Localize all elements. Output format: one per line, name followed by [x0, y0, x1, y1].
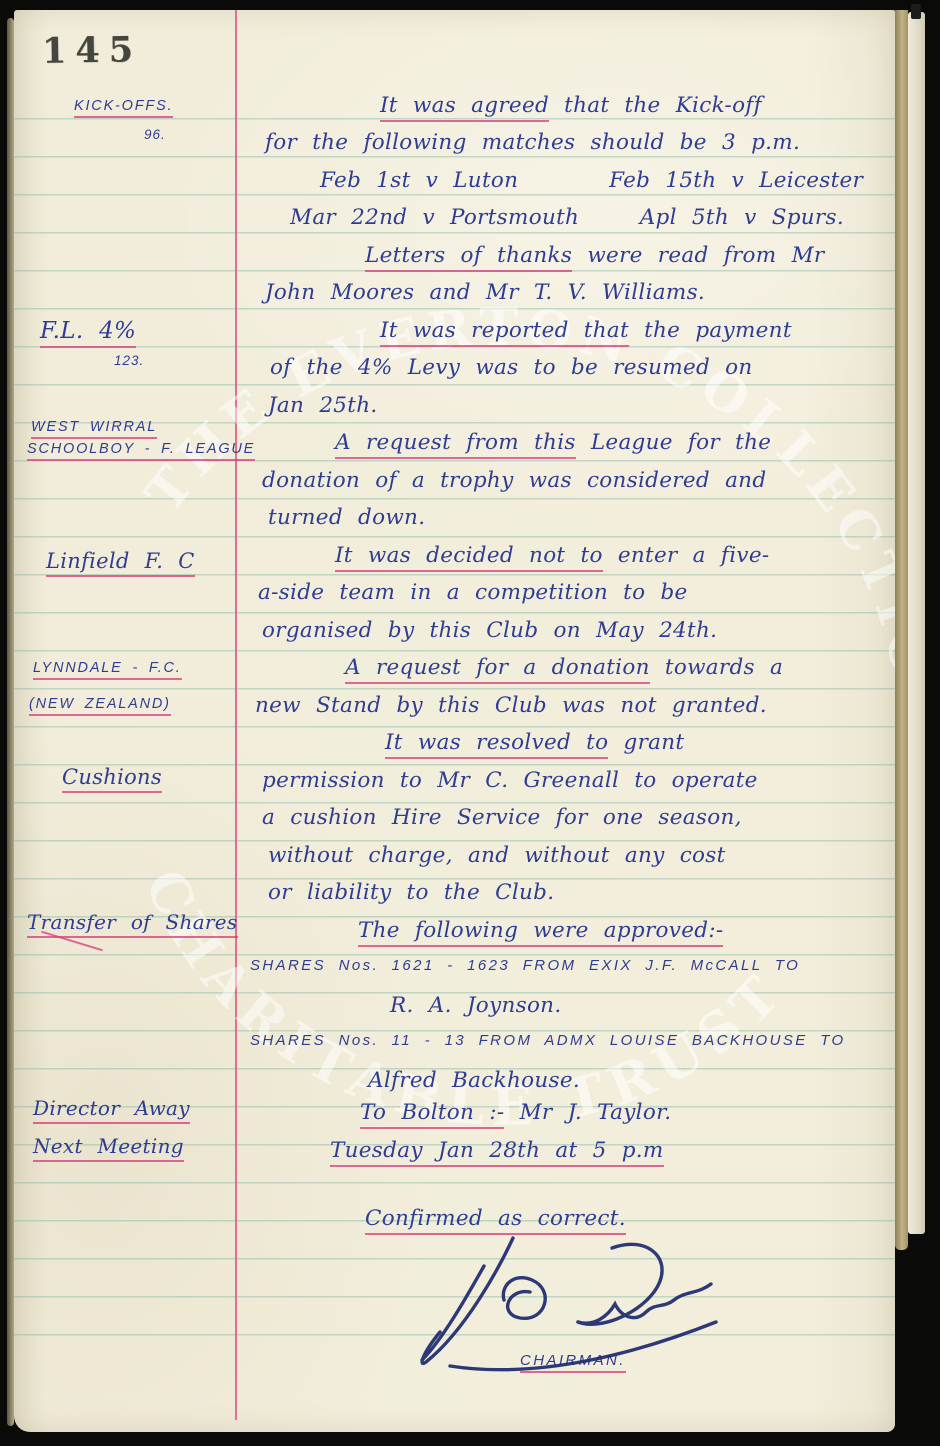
- margin-rule-line: [235, 10, 237, 1420]
- text-segment: for the following matches should be 3 p.…: [265, 130, 800, 155]
- minutes-line: new Stand by this Club was not granted.: [255, 693, 767, 718]
- text-segment: It was reported that: [380, 318, 629, 347]
- margin-note-label: (NEW ZEALAND): [29, 696, 171, 716]
- margin-note-lynndale-line1: LYNNDALE - F.C.: [33, 660, 182, 676]
- minutes-line: Jan 25th.: [268, 393, 378, 418]
- text-segment: new Stand by this Club was not granted.: [255, 693, 767, 718]
- minutes-line: Confirmed as correct.: [365, 1206, 626, 1231]
- next-page-edge: [908, 12, 925, 1234]
- text-segment: Letters of thanks: [365, 243, 572, 272]
- text-segment: donation of a trophy was considered and: [262, 468, 766, 493]
- minutes-line: Feb 1st v Luton Feb 15th v Leicester: [320, 168, 863, 193]
- margin-note-label: SCHOOLBOY - F. LEAGUE: [27, 441, 255, 461]
- minutes-line: permission to Mr C. Greenall to operate: [262, 768, 758, 793]
- text-segment: It was decided not to: [335, 543, 603, 572]
- minutes-line: organised by this Club on May 24th.: [262, 618, 717, 643]
- margin-note-cushions: Cushions: [62, 765, 162, 789]
- text-segment: that the Kick-off: [549, 93, 762, 118]
- margin-note-label: F.L. 4%: [40, 318, 136, 348]
- text-segment: The following were approved:-: [358, 918, 723, 947]
- text-segment: Jan 25th.: [268, 393, 378, 418]
- text-segment: Feb 1st v Luton Feb 15th v Leicester: [320, 168, 863, 193]
- margin-note-label: 96.: [144, 127, 166, 142]
- minute-book-page: THE EVERTON COLLECTION CHARITABLE TRUST …: [14, 10, 895, 1432]
- minutes-line: It was resolved to grant: [385, 730, 684, 755]
- text-segment: John Moores and Mr T. V. Williams.: [265, 280, 705, 305]
- text-segment: A request from this: [335, 430, 576, 459]
- margin-note-fl-levy: F.L. 4%: [40, 318, 136, 344]
- minutes-line: Alfred Backhouse.: [368, 1068, 580, 1093]
- minutes-line: John Moores and Mr T. V. Williams.: [265, 280, 705, 305]
- minutes-line: of the 4% Levy was to be resumed on: [270, 355, 753, 380]
- margin-note-label: Linfield F. C: [46, 549, 195, 577]
- minutes-line: It was reported that the payment: [380, 318, 792, 343]
- minutes-line: a-side team in a competition to be: [258, 580, 688, 605]
- margin-note-label: Transfer of Shares: [27, 910, 238, 938]
- left-page-edge: [7, 18, 14, 1426]
- text-segment: organised by this Club on May 24th.: [262, 618, 717, 643]
- text-segment: SHARES Nos. 1621 - 1623 FROM EXIX J.F. M…: [250, 957, 800, 974]
- text-segment: without charge, and without any cost: [268, 843, 726, 868]
- margin-note-director-away: Director Away: [33, 1096, 190, 1120]
- margin-note-kick-offs-ref: 96.: [144, 127, 166, 142]
- margin-note-label: Cushions: [62, 765, 162, 793]
- margin-note-fl-levy-ref: 123.: [114, 353, 144, 368]
- minutes-line: Letters of thanks were read from Mr: [365, 243, 825, 268]
- text-segment: turned down.: [268, 505, 425, 530]
- text-segment: Tuesday Jan 28th at 5 p.m: [330, 1138, 664, 1167]
- chairman-signature: [392, 1232, 722, 1372]
- text-segment: or liability to the Club.: [268, 880, 554, 905]
- text-segment: the payment: [629, 318, 792, 343]
- margin-note-label: Director Away: [33, 1096, 190, 1124]
- minutes-line: The following were approved:-: [358, 918, 723, 943]
- minutes-line: for the following matches should be 3 p.…: [265, 130, 800, 155]
- text-segment: To Bolton :-: [360, 1100, 504, 1129]
- margin-note-label: Next Meeting: [33, 1134, 184, 1162]
- text-segment: Mr J. Taylor.: [504, 1100, 671, 1125]
- margin-note-lynndale-line2: (NEW ZEALAND): [29, 696, 171, 712]
- text-segment: permission to Mr C. Greenall to operate: [262, 768, 758, 793]
- book-scan: THE EVERTON COLLECTION CHARITABLE TRUST …: [0, 0, 940, 1446]
- minutes-line: turned down.: [268, 505, 425, 530]
- minutes-line: or liability to the Club.: [268, 880, 554, 905]
- margin-note-label: 123.: [114, 353, 144, 368]
- margin-note-label: KICK-OFFS.: [74, 98, 173, 118]
- margin-note-west-wirral-line1: WEST WIRRAL: [31, 419, 157, 435]
- text-segment: of the 4% Levy was to be resumed on: [270, 355, 753, 380]
- text-segment: Confirmed as correct.: [365, 1206, 626, 1235]
- margin-note-label: WEST WIRRAL: [31, 419, 157, 439]
- margin-note-kick-offs: KICK-OFFS.: [74, 98, 173, 114]
- text-segment: Mar 22nd v Portsmouth Apl 5th v Spurs.: [290, 205, 844, 230]
- minutes-line: A request for a donation towards a: [345, 655, 783, 680]
- text-segment: R. A. Joynson.: [390, 993, 561, 1018]
- minutes-line: R. A. Joynson.: [390, 993, 561, 1018]
- minutes-line: Mar 22nd v Portsmouth Apl 5th v Spurs.: [290, 205, 844, 230]
- margin-note-next-meeting: Next Meeting: [33, 1134, 184, 1158]
- minutes-line: a cushion Hire Service for one season,: [262, 805, 742, 830]
- minutes-line: SHARES Nos. 1621 - 1623 FROM EXIX J.F. M…: [250, 957, 800, 974]
- text-segment: A request for a donation: [345, 655, 650, 684]
- page-block-edge: [895, 10, 908, 1250]
- margin-note-transfer-of-shares: Transfer of Shares: [27, 910, 238, 934]
- minutes-line: To Bolton :- Mr J. Taylor.: [360, 1100, 671, 1125]
- minutes-line: donation of a trophy was considered and: [262, 468, 766, 493]
- minutes-line: without charge, and without any cost: [268, 843, 726, 868]
- text-segment: towards a: [650, 655, 783, 680]
- margin-note-label: LYNNDALE - F.C.: [33, 660, 182, 680]
- binding-notch: [911, 4, 921, 19]
- minutes-line: Tuesday Jan 28th at 5 p.m: [330, 1138, 664, 1163]
- margin-note-west-wirral-line2: SCHOOLBOY - F. LEAGUE: [27, 441, 255, 457]
- minutes-line: It was decided not to enter a five-: [335, 543, 769, 568]
- text-segment: It was agreed: [380, 93, 549, 122]
- margin-note-linfield: Linfield F. C: [46, 549, 195, 573]
- text-segment: League for the: [576, 430, 772, 455]
- text-segment: Alfred Backhouse.: [368, 1068, 580, 1093]
- text-segment: were read from Mr: [572, 243, 824, 268]
- text-segment: a-side team in a competition to be: [258, 580, 688, 605]
- page-number-stamp: 145: [42, 29, 143, 72]
- minutes-line: A request from this League for the: [335, 430, 771, 455]
- minutes-line: It was agreed that the Kick-off: [380, 93, 762, 118]
- text-segment: SHARES Nos. 11 - 13 FROM ADMX LOUISE BAC…: [250, 1032, 846, 1049]
- text-segment: It was resolved to: [385, 730, 608, 759]
- text-segment: enter a five-: [603, 543, 770, 568]
- minutes-line: SHARES Nos. 11 - 13 FROM ADMX LOUISE BAC…: [250, 1032, 846, 1049]
- text-segment: a cushion Hire Service for one season,: [262, 805, 742, 830]
- text-segment: grant: [608, 730, 684, 755]
